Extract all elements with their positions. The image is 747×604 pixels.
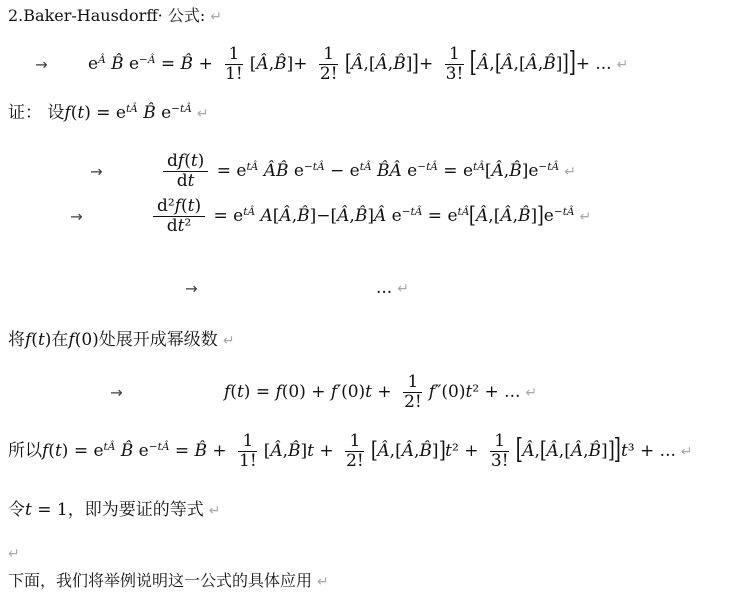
let-t-equals-one-line: 令t = 1，即为要证的等式↵: [0, 500, 747, 521]
empty-paragraph-line: ↵: [0, 543, 747, 564]
baker-hausdorff-formula: eÂ B̂ e−Â = B̂ + 11![Â,B̂]+ 12![Â,[A…: [88, 45, 612, 84]
tab-mark: →: [90, 162, 103, 181]
heading-line: 2.Baker-Hausdorff· 公式:↵: [0, 6, 747, 27]
tab-mark: →: [110, 383, 123, 402]
power-series-note-line: 将f(t)在f(0)处展开成幂级数↵: [0, 330, 747, 351]
baker-hausdorff-formula-line: → eÂ B̂ e−Â = B̂ + 11![Â,B̂]+ 12![Â,…: [0, 45, 747, 84]
closing-note: 下面，我们将举例说明这一公式的具体应用: [8, 571, 312, 590]
paragraph-mark: ↵: [525, 385, 537, 401]
paragraph-mark: ↵: [397, 281, 409, 297]
tab-mark: →: [70, 207, 83, 226]
first-derivative-formula: df(t)dt = etÂ ÂB̂ e−tÂ − etÂ B̂Â e−…: [160, 152, 559, 191]
taylor-expansion-formula: f(t) = f(0) + f′(0)t + 12!f″(0)t² + ...: [224, 373, 520, 412]
paragraph-mark: ↵: [317, 574, 329, 590]
paragraph-mark: ↵: [564, 164, 576, 180]
paragraph-mark: ↵: [617, 57, 629, 73]
document-page: 2.Baker-Hausdorff· 公式:↵ → eÂ B̂ e−Â = …: [0, 0, 747, 604]
ellipsis-line: → ...↵: [0, 278, 747, 299]
paragraph-mark: ↵: [580, 209, 592, 225]
paragraph-mark: ↵: [209, 503, 221, 519]
power-series-note: 将f(t)在f(0)处展开成幂级数: [8, 330, 218, 351]
closing-note-line: 下面，我们将举例说明这一公式的具体应用↵: [0, 571, 747, 592]
paragraph-mark: ↵: [681, 444, 693, 460]
second-derivative-formula: d²f(t)dt² = etÂ A[Â,B̂]−[Â,B̂]Â e−tA…: [150, 197, 575, 236]
taylor-expansion-line: → f(t) = f(0) + f′(0)t + 12!f″(0)t² + ..…: [0, 373, 747, 412]
paragraph-mark: ↵: [197, 106, 209, 122]
let-t-equals-one-note: 令t = 1，即为要证的等式: [8, 500, 204, 521]
conclusion-formula: 所以f(t) = etÂ B̂ e−tÂ = B̂ + 11![Â,B̂]…: [8, 432, 676, 471]
heading: 2.Baker-Hausdorff· 公式:: [8, 6, 205, 25]
paragraph-mark: ↵: [8, 546, 20, 562]
proof-setup: 证： 设f(t) = etÂ B̂ e−tÂ: [8, 103, 192, 124]
conclusion-line: 所以f(t) = etÂ B̂ e−tÂ = B̂ + 11![Â,B̂]…: [0, 432, 747, 471]
paragraph-mark: ↵: [223, 333, 235, 349]
proof-setup-line: 证： 设f(t) = etÂ B̂ e−tÂ↵: [0, 103, 747, 124]
first-derivative-line: → df(t)dt = etÂ ÂB̂ e−tÂ − etÂ B̂Â …: [0, 152, 747, 191]
ellipsis: ...: [376, 278, 392, 299]
paragraph-mark: ↵: [210, 9, 222, 25]
second-derivative-line: → d²f(t)dt² = etÂ A[Â,B̂]−[Â,B̂]Â e−…: [0, 197, 747, 236]
tab-mark: →: [185, 279, 198, 298]
tab-mark: →: [35, 55, 48, 74]
